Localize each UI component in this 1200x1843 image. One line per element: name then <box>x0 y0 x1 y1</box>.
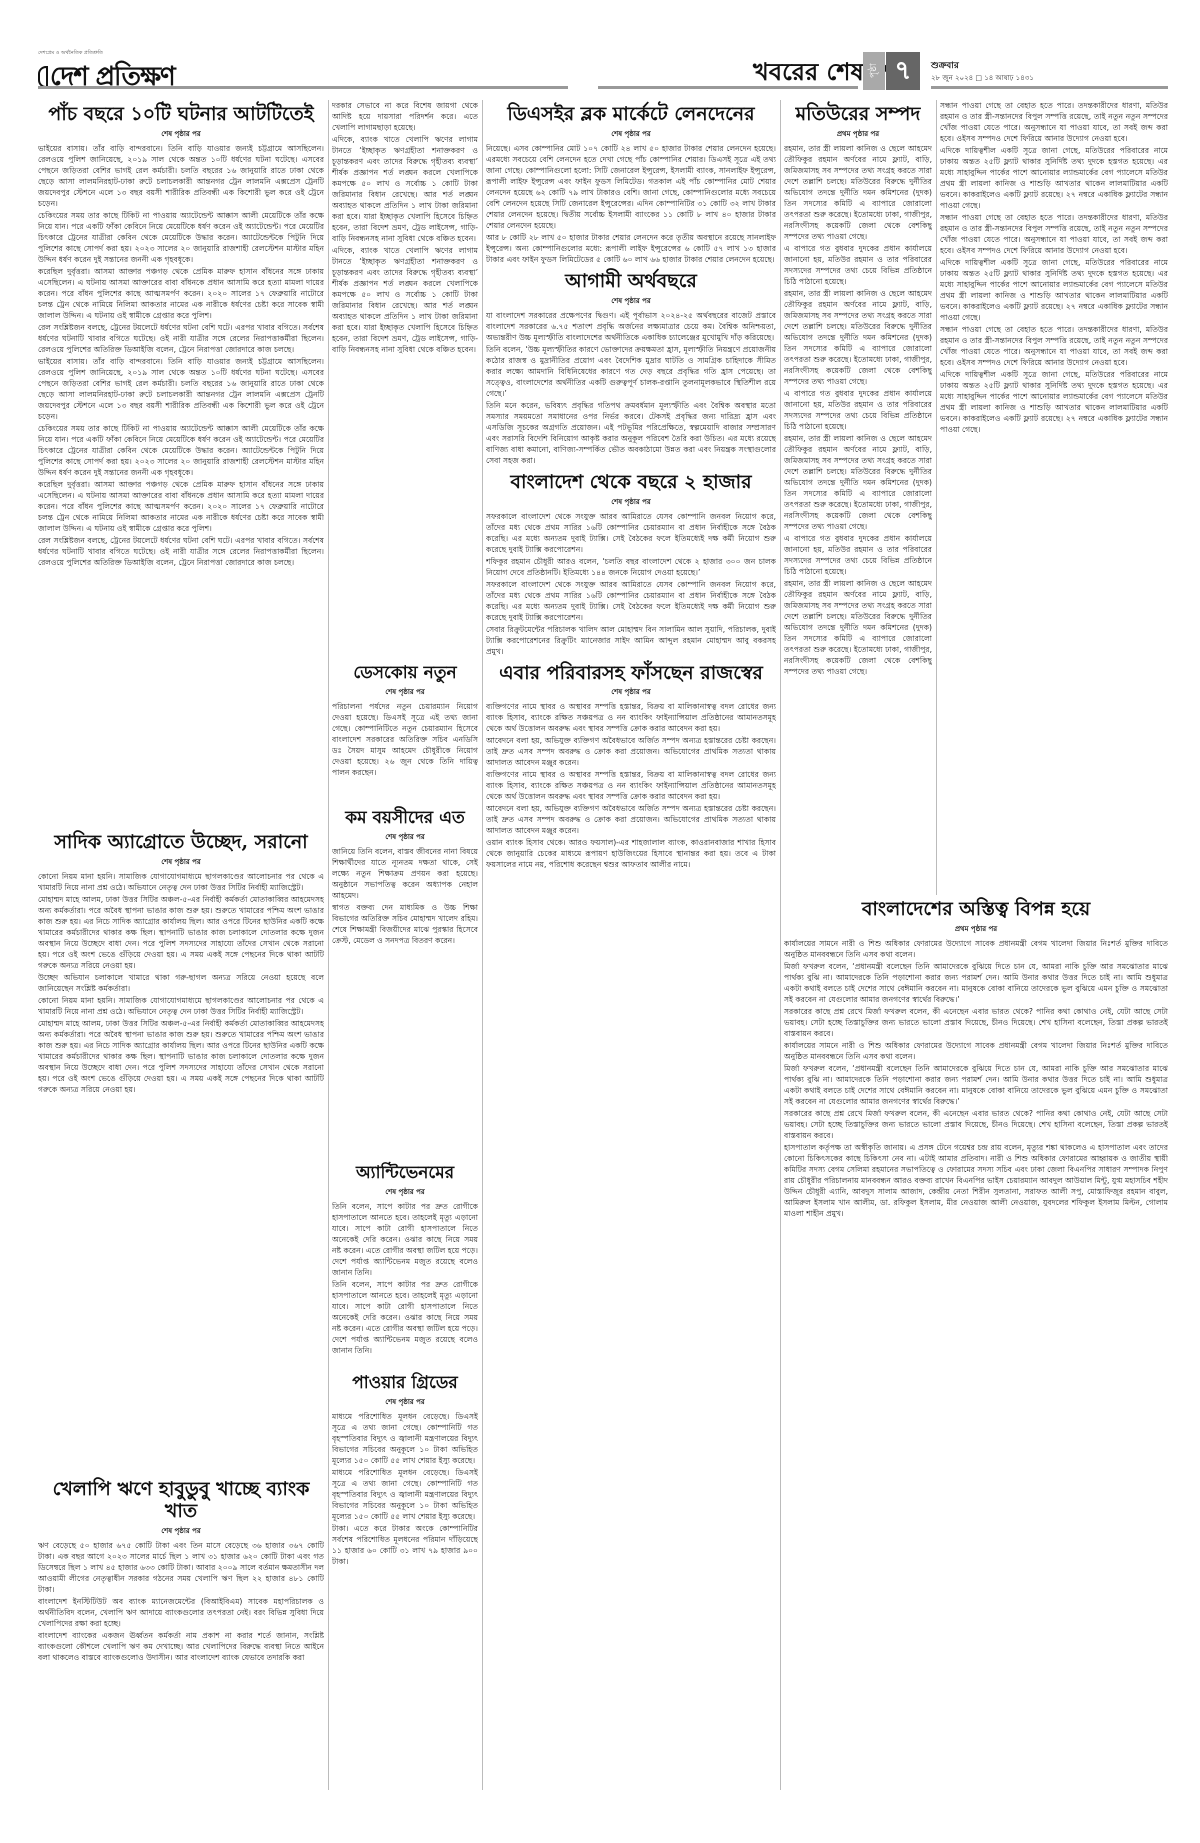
article-body: কোনো নিয়ম মানা হয়নি। সামাজিক যোগাযোগমা… <box>38 871 324 1095</box>
paragraph: এদিকে দায়িত্বশীল একটি সূত্রে জানা গেছে,… <box>940 369 1168 435</box>
paragraph: এ বাপারে গত বুধবার দুদকের প্রধান কার্যাল… <box>784 388 932 432</box>
continuation-note: শেষ পৃষ্ঠার পর <box>486 686 776 698</box>
continuation-note: শেষ পৃষ্ঠার পর <box>332 686 478 698</box>
continuation-note: শেষ পৃষ্ঠার পর <box>486 496 776 508</box>
continuation-note: শেষ পৃষ্ঠার পর <box>486 295 776 307</box>
paragraph: উচ্ছেদ অভিযান চলাকালে খামারে থাকা গরু-ছা… <box>38 972 324 994</box>
column-divider <box>482 100 483 1790</box>
article-headline[interactable]: ডেসকোয় নতুন <box>332 664 478 684</box>
article-headline[interactable]: অ্যান্টিভেনমের <box>332 1164 478 1184</box>
paragraph: কার্যালয়ের সামনে নারী ও শিশু অধিকার ফোর… <box>784 1040 1168 1062</box>
article-bad-loans-continued[interactable]: দরকার সেভাবে না করে বিশেষ জায়গা থেকে আদ… <box>332 100 478 355</box>
paragraph: কার্যালয়ের সামনে নারী ও শিশু অধিকার ফোর… <box>784 938 1168 960</box>
paragraph: করেছিল দুর্বৃত্তরা। আসমা আক্তার পঞ্চগড় … <box>38 266 324 321</box>
paragraph: মাধ্যমে পরিশোধিত মূলধন বেড়েছে। ডিএসই সূ… <box>332 1467 478 1522</box>
paragraph: দরকার সেভাবে না করে বিশেষ জায়গা থেকে আদ… <box>332 100 478 133</box>
masthead-rule-middle <box>300 86 568 89</box>
article-sadik-agro[interactable]: সাদিক অ্যাগ্রোতে উচ্ছেদ, সরানো শেষ পৃষ্ঠ… <box>38 832 324 1095</box>
masthead-rule-left <box>38 86 300 89</box>
paragraph: সন্ধান পাওয়া গেছে তা বেহাত হতে পারে। তদ… <box>940 212 1168 256</box>
newspaper-logo[interactable]: দেশ প্রতিক্ষণ <box>38 56 175 100</box>
paragraph: রহমান, তার স্ত্রী লায়লা কানিজ ও ছেলে আহ… <box>784 578 932 677</box>
article-body: তিনি বলেন, সাপে কাটার পর দ্রুত রোগীকে হা… <box>332 1201 478 1356</box>
article-uae-workers[interactable]: বাংলাদেশ থেকে বছরে ২ হাজার শেষ পৃষ্ঠার প… <box>486 472 776 657</box>
article-headline[interactable]: সাদিক অ্যাগ্রোতে উচ্ছেদ, সরানো <box>38 832 324 854</box>
issue-date: ২৮ জুন ২০২৪ □ ১৪ আষাঢ় ১৪৩১ <box>931 72 1034 84</box>
paragraph: ভাইয়ের বাসায়। তাঁর বাড়ি বান্দরবানে। ত… <box>38 356 324 422</box>
paragraph: ঋণ বেড়েছে ৫০ হাজার ৬৭৫ কোটি টাকা এবং তি… <box>38 1540 324 1595</box>
paragraph: চেকিংয়ের সময় তার কাছে টিকিট না পাওয়ায… <box>38 423 324 478</box>
column-left-khelapi: খেলাপি ঋণে হাবুডুবু খাচ্ছে ব্যাংক খাত শে… <box>38 1475 324 1835</box>
article-body: নিয়েছে। এসব কোম্পানির মোট ১০৭ কোটি ২৪ ল… <box>486 143 776 265</box>
article-body: কার্যালয়ের সামনে নারী ও শিশু অধিকার ফোর… <box>784 938 1168 1219</box>
article-headline[interactable]: পাওয়ার গ্রিডের <box>332 1374 478 1394</box>
paragraph: মির্জা ফখরুল বলেন, ‘প্রধানমন্ত্রী বলেছেন… <box>784 961 1168 1005</box>
masthead: দেশপ্রেম ও অর্থনৈতিক প্রতিশ্রুতি দেশ প্র… <box>38 48 1168 92</box>
paragraph: বাংলাদেশ ব্যাংকের একজন ঊর্ধ্বতন কর্মকর্ত… <box>38 1630 324 1663</box>
article-headline[interactable]: মতিউরের সম্পদ <box>784 104 932 126</box>
continuation-note: প্রথম পৃষ্ঠার পর <box>784 128 932 140</box>
column-right-bottom: বাংলাদেশের অস্তিত্ব বিপন্ন হয়ে প্রথম পৃ… <box>784 895 1168 1840</box>
article-motiur-assets-continued[interactable]: সন্ধান পাওয়া গেছে তা বেহাত হতে পারে। তদ… <box>940 100 1168 435</box>
article-body: রহমান, তার স্ত্রী লায়লা কানিজ ও ছেলে আহ… <box>784 143 932 677</box>
column-right-top: সন্ধান পাওয়া গেছে তা বেহাত হতে পারে। তদ… <box>940 100 1168 970</box>
paragraph: সফরকালে বাংলাদেশ থেকে সংযুক্ত আরব আমিরাত… <box>486 511 776 555</box>
paragraph: এদিকে দায়িত্বশীল একটি সূত্রে জানা গেছে,… <box>940 257 1168 323</box>
logo-emblem-icon <box>38 66 48 88</box>
continuation-note: শেষ পৃষ্ঠার পর <box>332 1396 478 1408</box>
article-dse-block-market[interactable]: ডিএসইর ব্লক মার্কেটে লেনদেনের শেষ পৃষ্ঠা… <box>486 104 776 265</box>
article-antivenom[interactable]: অ্যান্টিভেনমের শেষ পৃষ্ঠার পর তিনি বলেন,… <box>332 1160 478 1357</box>
paragraph: সন্ধান পাওয়া গেছে তা বেহাত হতে পারে। তদ… <box>940 100 1168 144</box>
article-body: ঋণ বেড়েছে ৫০ হাজার ৬৭৫ কোটি টাকা এবং তি… <box>38 1540 324 1663</box>
article-headline[interactable]: আগামী অর্থবছরে <box>486 271 776 293</box>
continuation-note: শেষ পৃষ্ঠার পর <box>486 128 776 140</box>
paragraph: এদিকে, ব্যাংক খাতে খেলাপি ঋণের লাগাম টান… <box>332 245 478 355</box>
paragraph: সন্ধান পাওয়া গেছে তা বেহাত হতে পারে। তদ… <box>940 324 1168 368</box>
paragraph: সরকারের কাছে প্রশ্ন রেখে মির্জা ফখরুল বল… <box>784 1006 1168 1039</box>
article-bangladesh-existence[interactable]: বাংলাদেশের অস্তিত্ব বিপন্ন হয়ে প্রথম পৃ… <box>784 899 1168 1219</box>
paragraph: নিয়েছে। এসব কোম্পানির মোট ১০৭ কোটি ২৪ ল… <box>486 143 776 231</box>
article-body: সন্ধান পাওয়া গেছে তা বেহাত হতে পারে। তদ… <box>940 100 1168 435</box>
article-headline[interactable]: বাংলাদেশের অস্তিত্ব বিপন্ন হয়ে <box>784 899 1168 921</box>
article-headline[interactable]: খেলাপি ঋণে হাবুডুবু খাচ্ছে ব্যাংক খাত <box>38 1479 324 1523</box>
paragraph: রহমান, তার স্ত্রী লায়লা কানিজ ও ছেলে আহ… <box>784 143 932 242</box>
paragraph: সেবার রিক্রুটমেন্টের পরিচালক খালিদ আল মো… <box>486 624 776 657</box>
paragraph: মোহাম্মদ মাহে আলম, ঢাকা উত্তর সিটির অঞ্চ… <box>38 1018 324 1095</box>
article-desco[interactable]: ডেসকোয় নতুন শেষ পৃষ্ঠার পর পরিচালনা পর্… <box>332 660 478 779</box>
article-bad-loans[interactable]: খেলাপি ঋণে হাবুডুবু খাচ্ছে ব্যাংক খাত শে… <box>38 1479 324 1663</box>
paragraph: স্বাগত বক্তব্য দেন মাধ্যমিক ও উচ্চ শিক্ষ… <box>332 902 478 946</box>
paragraph: রহমান, তার স্ত্রী লায়লা কানিজ ও ছেলে আহ… <box>784 288 932 387</box>
paragraph: ব্যক্তিগণের নামে স্থাবর ও অস্থাবর সম্পত্… <box>486 701 776 734</box>
article-next-fiscal-year[interactable]: আগামী অর্থবছরে শেষ পৃষ্ঠার পর যা বাংলাদে… <box>486 271 776 466</box>
paragraph: রহমান, তার স্ত্রী লায়লা কানিজ ও ছেলে আহ… <box>784 433 932 532</box>
paragraph: আবেদনে বলা হয়, অভিযুক্ত ব্যক্তিগণ অবৈধভ… <box>486 735 776 768</box>
continuation-note: শেষ পৃষ্ঠার পর <box>38 856 324 868</box>
article-headline[interactable]: এবার পরিবারসহ ফাঁসছেন রাজস্বের <box>486 663 776 685</box>
paragraph: ভাইয়ের বাসায়। তাঁর বাড়ি বান্দরবানে। ত… <box>38 143 324 209</box>
column-divider <box>328 100 329 1790</box>
column-divider <box>780 100 781 1790</box>
paragraph: তিনি বলেন, সাপে কাটার পর দ্রুত রোগীকে হা… <box>332 1201 478 1278</box>
article-body: যা বাংলাদেশ সরকারের প্রক্ষেপণের দ্বিগুণ।… <box>486 310 776 466</box>
article-body: জানিয়ে তিনি বলেন, বাস্তব জীবনের নানা বি… <box>332 846 478 946</box>
page-number: ৭ <box>886 52 920 90</box>
paragraph: রেল সংশ্লিষ্টজন বলছে, ট্রেনের টয়লেটে ধর… <box>38 535 324 568</box>
article-headline[interactable]: কম বয়সীদের এত <box>332 809 478 829</box>
article-motiur-assets[interactable]: মতিউরের সম্পদ প্রথম পৃষ্ঠার পর রহমান, তা… <box>784 104 932 677</box>
article-body: পরিচালনা পর্ষদের নতুন চেয়ারম্যান নিয়োগ… <box>332 701 478 778</box>
paragraph: মাধ্যমে পরিশোধিত মূলধন বেড়েছে। ডিএসই সূ… <box>332 1411 478 1466</box>
paragraph: আর ৮ কোটি ২৮ লাখ ৫০ হাজার টাকার শেয়ার ল… <box>486 232 776 265</box>
continuation-note: শেষ পৃষ্ঠার পর <box>332 1186 478 1198</box>
paragraph: যা বাংলাদেশ সরকারের প্রক্ষেপণের দ্বিগুণ।… <box>486 310 776 343</box>
paragraph: হাসপাতাল কর্তৃপক্ষ তা অস্বীকৃতি জানায়। … <box>784 1142 1168 1219</box>
paragraph: এ বাপারে গত বুধবার দুদকের প্রধান কার্যাল… <box>784 533 932 577</box>
page-label: পৃষ্ঠা <box>863 52 885 90</box>
continuation-note: শেষ পৃষ্ঠার পর <box>332 831 478 843</box>
continuation-note: প্রথম পৃষ্ঠার পর <box>784 923 1168 935</box>
paragraph: এ বাপারে গত বুধবার দুদকের প্রধান কার্যাল… <box>784 243 932 287</box>
paragraph: ওয়ান ব্যাংক হিসাব থেকে। আরও ফয়সাল)-এর … <box>486 837 776 870</box>
article-headline[interactable]: বাংলাদেশ থেকে বছরে ২ হাজার <box>486 472 776 494</box>
paragraph: করেছিল দুর্বৃত্তরা। আসমা আক্তার পঞ্চগড় … <box>38 479 324 534</box>
article-train-incidents[interactable]: পাঁচ বছরে ১০টি ঘটনার আটটিতেই শেষ পৃষ্ঠার… <box>38 104 324 568</box>
article-body: ব্যক্তিগণের নামে স্থাবর ও অস্থাবর সম্পত্… <box>486 701 776 870</box>
article-body: দরকার সেভাবে না করে বিশেষ জায়গা থেকে আদ… <box>332 100 478 355</box>
paragraph: সরকারের কাছে প্রশ্ন রেখে মির্জা ফখরুল বল… <box>784 1108 1168 1141</box>
paragraph: বাংলাদেশ ইনস্টিটিউট অব ব্যাংক ম্যানেজমেন… <box>38 1596 324 1629</box>
column-narrow: দরকার সেভাবে না করে বিশেষ জায়গা থেকে আদ… <box>332 100 478 1840</box>
paragraph: সফরকালে বাংলাদেশ থেকে সংযুক্ত আরব আমিরাত… <box>486 579 776 623</box>
paragraph: রেল সংশ্লিষ্টজন বলছে, ট্রেনের টয়লেটে ধর… <box>38 322 324 355</box>
article-headline[interactable]: পাঁচ বছরে ১০টি ঘটনার আটটিতেই <box>38 104 324 126</box>
article-revenue-official[interactable]: এবার পরিবারসহ ফাঁসছেন রাজস্বের শেষ পৃষ্ঠ… <box>486 663 776 871</box>
paragraph: শফিকুর রহমান চৌধুরী আরও বলেন, ‘চলতি বছর … <box>486 556 776 578</box>
continuation-note: শেষ পৃষ্ঠার পর <box>38 1525 324 1537</box>
article-body: মাধ্যমে পরিশোধিত মূলধন বেড়েছে। ডিএসই সূ… <box>332 1411 478 1567</box>
paragraph: টাকা। এতে করে টাকার অংকে কোম্পানিটির সর্… <box>332 1523 478 1567</box>
paragraph: তিনি বলেন, সাপে কাটার পর দ্রুত রোগীকে হা… <box>332 1279 478 1356</box>
continuation-note: শেষ পৃষ্ঠার পর <box>38 128 324 140</box>
paragraph: এদিকে দায়িত্বশীল একটি সূত্রে জানা গেছে,… <box>940 145 1168 211</box>
column-center: ডিএসইর ব্লক মার্কেটে লেনদেনের শেষ পৃষ্ঠা… <box>486 100 776 1840</box>
paragraph: চেকিংয়ের সময় তার কাছে টিকিট না পাওয়ায… <box>38 210 324 265</box>
paragraph: মির্জা ফখরুল বলেন, ‘প্রধানমন্ত্রী বলেছেন… <box>784 1063 1168 1107</box>
article-young-people[interactable]: কম বয়সীদের এত শেষ পৃষ্ঠার পর জানিয়ে তি… <box>332 805 478 947</box>
paragraph: মোহাম্মদ মাহে আলম, ঢাকা উত্তর সিটির অঞ্চ… <box>38 894 324 971</box>
article-headline[interactable]: ডিএসইর ব্লক মার্কেটে লেনদেনের <box>486 104 776 126</box>
paragraph: তিনি মনে করেন, ভবিষ্যৎ প্রবৃদ্ধির গতিপথ … <box>486 400 776 466</box>
paragraph: জানিয়ে তিনি বলেন, বাস্তব জীবনের নানা বি… <box>332 846 478 901</box>
paragraph: তিনি বলেন, ‘উচ্চ মূল্যস্ফীতির কারণে ভোক্… <box>486 344 776 399</box>
article-power-grid[interactable]: পাওয়ার গ্রিডের শেষ পৃষ্ঠার পর মাধ্যমে প… <box>332 1370 478 1840</box>
masthead-rule-date <box>931 86 1168 89</box>
column-left-sadik: সাদিক অ্যাগ্রোতে উচ্ছেদ, সরানো শেষ পৃষ্ঠ… <box>38 828 324 1268</box>
paragraph: ব্যক্তিগণের নামে স্থাবর ও অস্থাবর সম্পত্… <box>486 769 776 802</box>
paragraph: পরিচালনা পর্ষদের নতুন চেয়ারম্যান নিয়োগ… <box>332 701 478 778</box>
paragraph: কোনো নিয়ম মানা হয়নি। সামাজিক যোগাযোগমা… <box>38 871 324 893</box>
paragraph: এদিকে, ব্যাংক খাতে খেলাপি ঋণের লাগাম টান… <box>332 134 478 244</box>
paragraph: কোনো নিয়ম মানা হয়নি। সামাজিক যোগাযোগমা… <box>38 995 324 1017</box>
issue-day: শুক্রবার <box>931 58 959 73</box>
article-body: সফরকালে বাংলাদেশ থেকে সংযুক্ত আরব আমিরাত… <box>486 511 776 657</box>
article-body: ভাইয়ের বাসায়। তাঁর বাড়ি বান্দরবানে। ত… <box>38 143 324 568</box>
paragraph: আবেদনে বলা হয়, অভিযুক্ত ব্যক্তিগণ অবৈধভ… <box>486 803 776 836</box>
